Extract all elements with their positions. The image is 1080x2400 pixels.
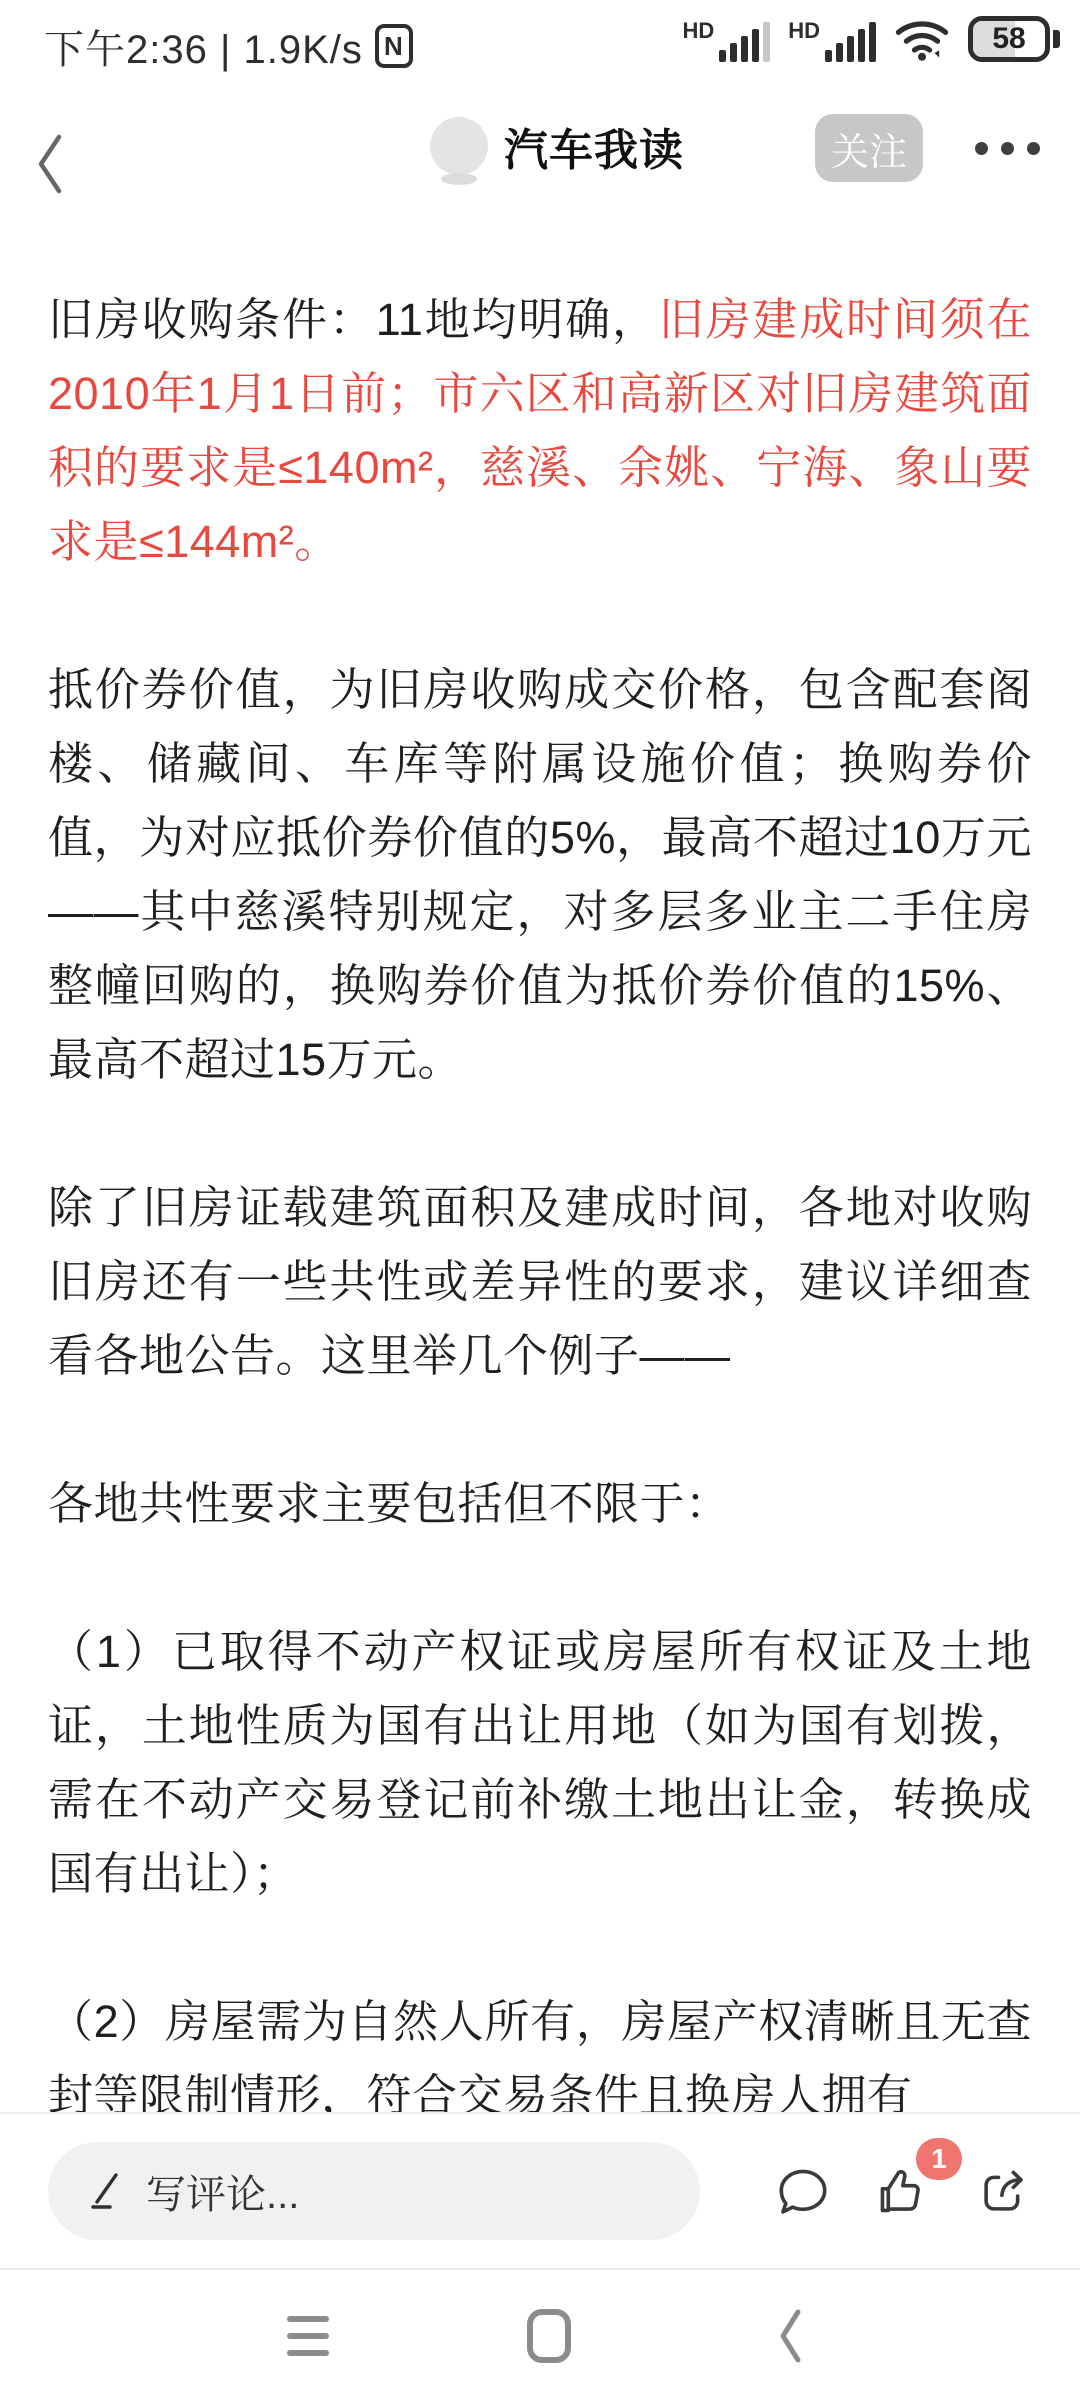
article-text-segment: （2）房屋需为自然人所有，房屋产权清晰且无查封等限制情形，符合交易条件且换房人拥… — [48, 1996, 1032, 2121]
clock-and-speed: 下午2:36 | 1.9K/s — [44, 18, 363, 75]
share-icon — [975, 2165, 1031, 2219]
author-name[interactable]: 汽车我读 — [504, 114, 684, 178]
more-dots-icon — [975, 142, 988, 155]
cell-signal-icon — [719, 22, 770, 62]
header: 汽车我读 关注 — [0, 100, 1080, 230]
article-paragraph: 各地共性要求主要包括但不限于： — [48, 1467, 1032, 1541]
back-chevron-icon — [33, 132, 67, 196]
like-button[interactable]: 1 — [864, 2114, 936, 2270]
nav-back-button[interactable] — [730, 2270, 850, 2400]
share-button[interactable] — [967, 2114, 1039, 2270]
comment-bar: 写评论... 1 — [0, 2112, 1080, 2268]
comment-button[interactable] — [767, 2114, 839, 2270]
article-text-segment: （1）已取得不动产权证或房屋所有权证及土地证，土地性质为国有出让用地（如为国有划… — [48, 1626, 1032, 1899]
article-paragraph: （2）房屋需为自然人所有，房屋产权清晰且无查封等限制情形，符合交易条件且换房人拥… — [48, 1985, 1032, 2133]
author-block[interactable]: 汽车我读 — [430, 114, 684, 178]
nav-home-button[interactable] — [489, 2270, 609, 2400]
sim2-signal: HD — [788, 20, 876, 62]
recents-menu-icon — [287, 2316, 329, 2356]
article-text-segment: 各地共性要求主要包括但不限于： — [48, 1478, 731, 1529]
article-paragraph: 除了旧房证载建筑面积及建成时间，各地对收购旧房还有一些共性或差异性的要求，建议详… — [48, 1171, 1032, 1393]
article-text-segment: 抵价券价值，为旧房收购成交价格，包含配套阁楼、储藏间、车库等附属设施价值；换购券… — [48, 664, 1032, 1085]
status-bar: 下午2:36 | 1.9K/s N HD HD — [0, 0, 1080, 92]
comment-input[interactable]: 写评论... — [48, 2142, 700, 2240]
battery-percent: 58 — [992, 22, 1025, 56]
article-paragraph: 抵价券价值，为旧房收购成交价格，包含配套阁楼、储藏间、车库等附属设施价值；换购券… — [48, 653, 1032, 1097]
thumb-up-icon — [873, 2165, 927, 2219]
article-text-segment: 除了旧房证载建筑面积及建成时间，各地对收购旧房还有一些共性或差异性的要求，建议详… — [48, 1182, 1032, 1381]
screen: 下午2:36 | 1.9K/s N HD HD — [0, 0, 1080, 2400]
article-paragraph: （1）已取得不动产权证或房屋所有权证及土地证，土地性质为国有出让用地（如为国有划… — [48, 1615, 1032, 1911]
sim1-signal: HD — [682, 20, 770, 62]
hd-badge: HD — [682, 20, 714, 42]
status-left: 下午2:36 | 1.9K/s N — [44, 18, 413, 75]
system-nav-bar — [0, 2268, 1080, 2400]
wifi-icon — [894, 16, 950, 62]
comment-bubble-icon — [774, 2164, 832, 2220]
back-button[interactable] — [26, 122, 74, 206]
article-paragraph: 旧房收购条件：11地均明确，旧房建成时间须在2010年1月1日前；市六区和高新区… — [48, 283, 1032, 579]
nav-recents-button[interactable] — [248, 2270, 368, 2400]
battery-icon: 58 — [968, 16, 1060, 62]
nfc-icon: N — [375, 24, 413, 68]
nav-back-icon — [777, 2308, 803, 2364]
like-badge: 1 — [916, 2138, 962, 2180]
hd-badge: HD — [788, 20, 820, 42]
cell-signal-icon — [825, 22, 876, 62]
avatar[interactable] — [430, 117, 488, 175]
more-dots-icon — [1001, 142, 1014, 155]
article-body: 旧房收购条件：11地均明确，旧房建成时间须在2010年1月1日前；市六区和高新区… — [48, 283, 1032, 2207]
follow-button[interactable]: 关注 — [815, 114, 923, 182]
comment-placeholder: 写评论... — [146, 2163, 299, 2220]
more-dots-icon — [1027, 142, 1040, 155]
more-button[interactable] — [975, 138, 1040, 158]
pencil-icon — [86, 2170, 128, 2212]
article-text-segment: 旧房收购条件：11地均明确， — [48, 294, 659, 345]
status-right: HD HD — [682, 16, 1060, 76]
home-icon — [527, 2309, 571, 2363]
